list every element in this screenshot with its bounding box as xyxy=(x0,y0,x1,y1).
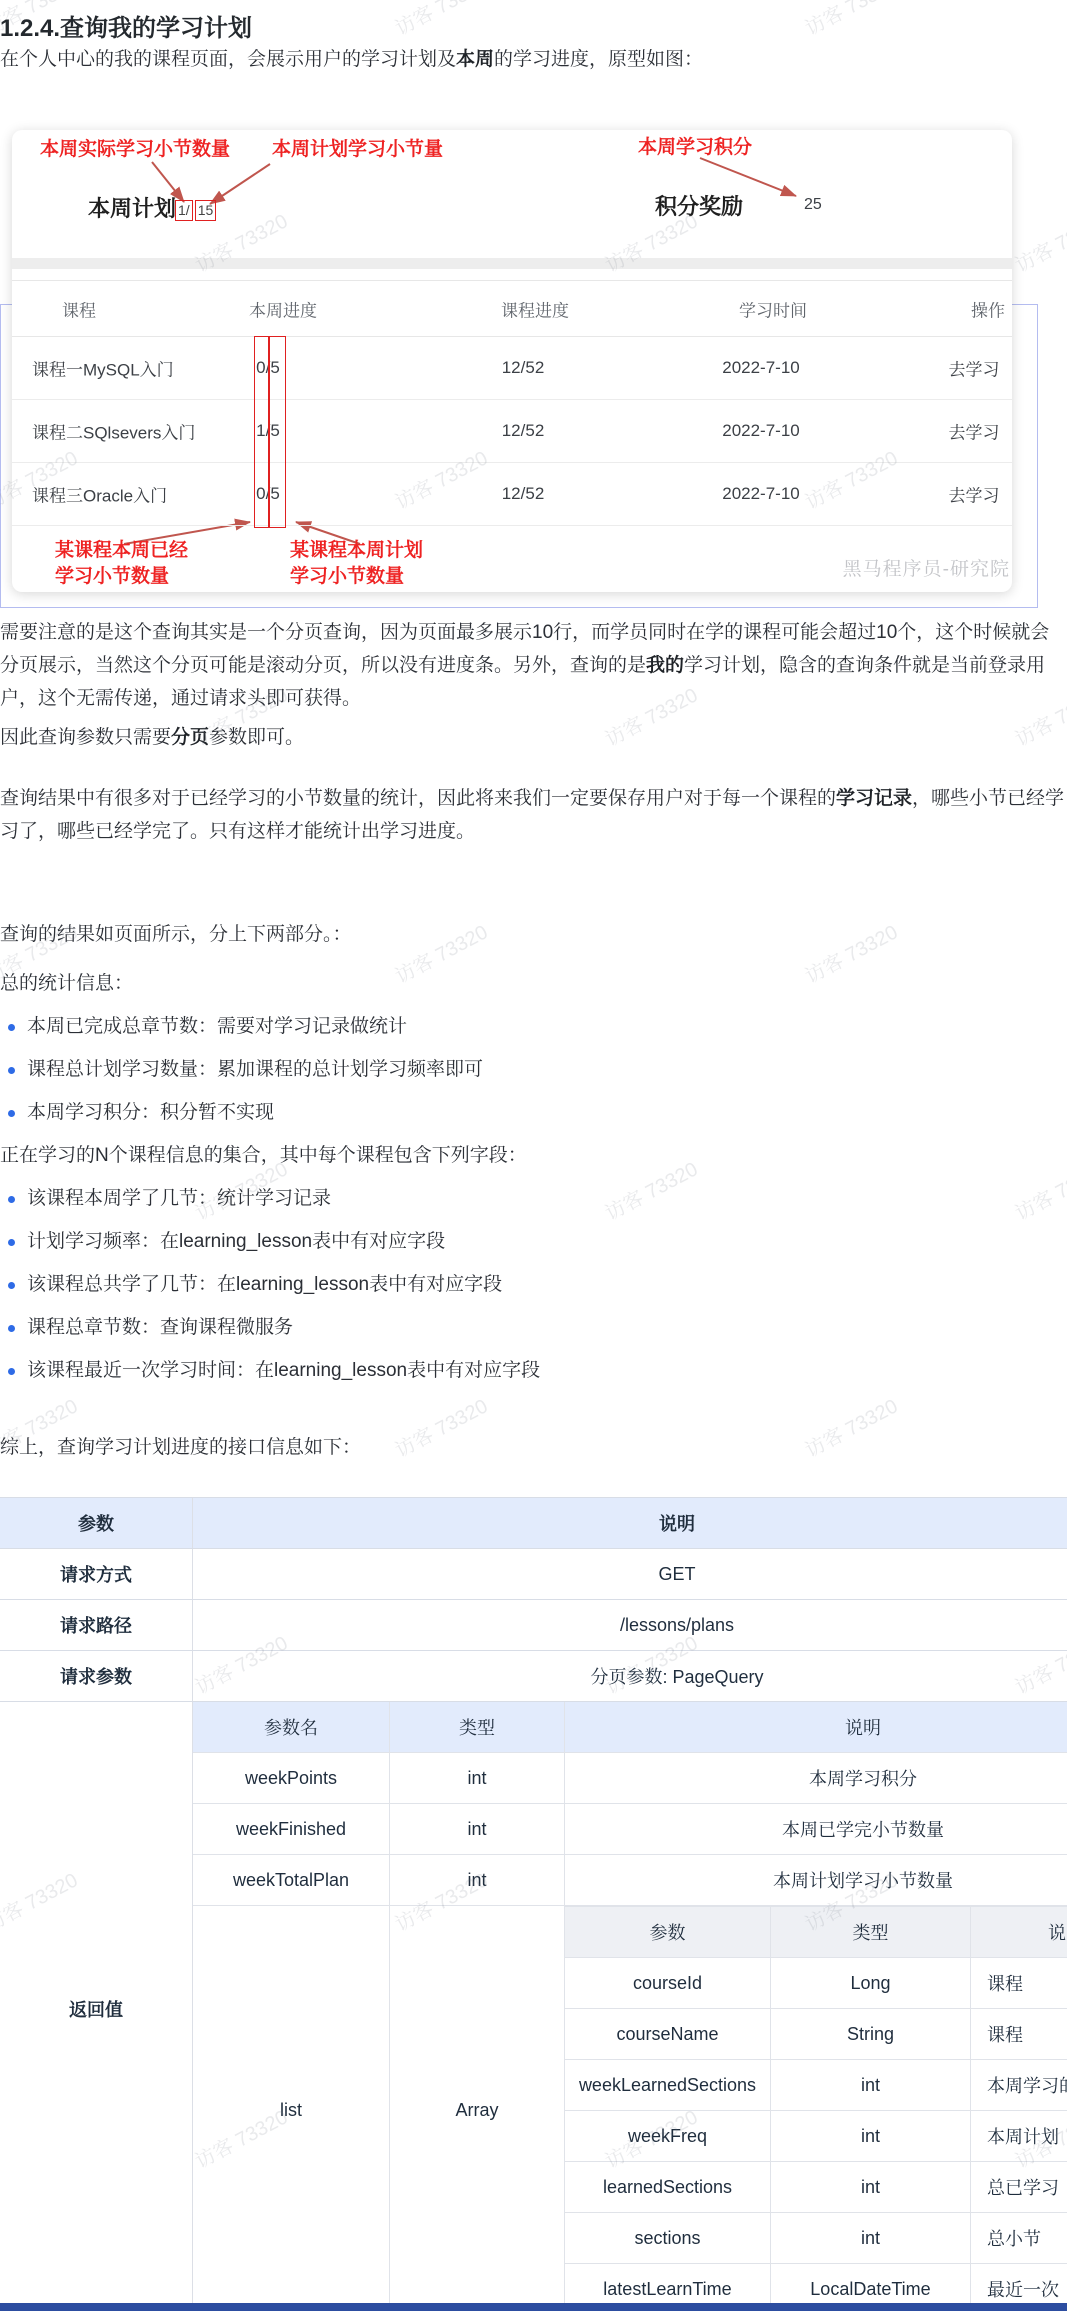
col-param-name: 参数名 xyxy=(193,1702,390,1752)
col-learn-time: 学习时间 xyxy=(739,296,807,321)
field-desc: 本周计划 xyxy=(971,2111,1067,2161)
param-type: int xyxy=(390,1753,565,1803)
courses-intro-paragraph: 正在学习的N个课程信息的集合，其中每个课程包含下列字段： xyxy=(0,1139,1067,1172)
course-table-header: 课程 本周进度 课程进度 学习时间 操作 xyxy=(12,280,1012,337)
list-item: 本周已完成总章节数：需要对学习记录做统计 xyxy=(0,1010,1067,1043)
field-name: courseId xyxy=(565,1958,771,2008)
course-progress-value: 12/52 xyxy=(502,484,545,504)
list-item: 该课程最近一次学习时间：在learning_lesson表中有对应字段 xyxy=(0,1354,1067,1387)
list-field-row: courseName String 课程 xyxy=(565,2009,1067,2060)
intro-text-post: 的学习进度，原型如图： xyxy=(494,49,703,70)
points-reward-label: 积分奖励 xyxy=(655,190,743,221)
course-fields-list: 该课程本周学了几节：统计学习记录 计划学习频率：在learning_lesson… xyxy=(0,1182,1067,1387)
highlight-box-planned xyxy=(269,336,286,528)
param-desc: 本周已学完小节数量 xyxy=(565,1804,1067,1854)
param-type: Array xyxy=(390,1906,565,2311)
bottom-blue-bar xyxy=(0,2303,1067,2311)
return-row: weekFinished int 本周已学完小节数量 xyxy=(193,1804,1067,1855)
stats-title: 总的统计信息： xyxy=(0,967,1067,1000)
prototype-image: 本周实际学习小节数量 本周计划学习小节量 本周学习积分 本周计划 1/15 积分… xyxy=(0,94,1067,616)
field-desc: 本周学习的 xyxy=(971,2060,1067,2110)
col-type: 类型 xyxy=(771,1907,971,1957)
learn-time-value: 2022-7-10 xyxy=(722,421,800,441)
document-page: 访客 73320访客 73320访客 73320访客 73320访客 73320… xyxy=(0,0,1067,2311)
col-param: 参数 xyxy=(565,1907,771,1957)
list-field-row: weekFreq int 本周计划 xyxy=(565,2111,1067,2162)
field-type: int xyxy=(771,2060,971,2110)
learn-time-value: 2022-7-10 xyxy=(722,358,800,378)
field-type: int xyxy=(771,2111,971,2161)
points-reward-value: 25 xyxy=(804,196,822,214)
annotation-course-week-learned: 某课程本周已经 学习小节数量 xyxy=(55,538,188,590)
table-row: 课程二SQlsevers入门 1/5 12/52 2022-7-10 去学习 xyxy=(12,400,1012,463)
col-week-progress: 本周进度 xyxy=(249,296,317,321)
param-desc: 本周计划学习小节数量 xyxy=(565,1855,1067,1905)
course-plan-table: 课程 本周进度 课程进度 学习时间 操作 课程一MySQL入门 0/5 12/5… xyxy=(12,280,1012,526)
api-table: 参数 说明 请求方式 GET 请求路径 /lessons/plans 请求参数 … xyxy=(0,1497,1067,2311)
list-item-header: 参数 类型 说明 xyxy=(565,1906,1067,1958)
course-progress-value: 12/52 xyxy=(502,358,545,378)
page-param-bold: 分页 xyxy=(171,727,209,748)
field-type: Long xyxy=(771,1958,971,2008)
param-name: weekFinished xyxy=(193,1804,390,1854)
api-row-method: 请求方式 GET xyxy=(0,1549,1067,1600)
list-item: 计划学习频率：在learning_lesson表中有对应字段 xyxy=(0,1225,1067,1258)
week-total-plan-count: 15 xyxy=(195,200,217,221)
param-name: weekTotalPlan xyxy=(193,1855,390,1905)
param-desc: 本周学习积分 xyxy=(565,1753,1067,1803)
brand-watermark: 黑马程序员-研究院 xyxy=(843,554,1010,581)
intro-paragraph: 在个人中心的我的课程页面，会展示用户的学习计划及本周的学习进度，原型如图： xyxy=(0,43,1067,76)
row-value: 分页参数: PageQuery xyxy=(193,1651,1067,1701)
course-name: 课程三Oracle入门 xyxy=(32,482,167,507)
api-row-path: 请求路径 /lessons/plans xyxy=(0,1600,1067,1651)
table-row: 课程一MySQL入门 0/5 12/52 2022-7-10 去学习 xyxy=(12,337,1012,400)
api-row-params: 请求参数 分页参数: PageQuery xyxy=(0,1651,1067,1702)
api-col-param: 参数 xyxy=(0,1498,193,1548)
field-type: int xyxy=(771,2213,971,2263)
row-label: 请求方式 xyxy=(0,1549,193,1599)
api-col-desc: 说明 xyxy=(193,1498,1067,1548)
row-value: GET xyxy=(193,1549,1067,1599)
record-text: 查询结果中有很多对于已经学习的小节数量的统计，因此将来我们一定要保存用户对于每一… xyxy=(0,788,836,809)
page-param-text-post: 参数即可。 xyxy=(209,727,304,748)
api-header-row: 参数 说明 xyxy=(0,1498,1067,1549)
annotation-week-planned-sections: 本周计划学习小节量 xyxy=(272,134,443,161)
param-name: weekPoints xyxy=(193,1753,390,1803)
field-desc: 课程 xyxy=(971,1958,1067,2008)
list-field-row: sections int 总小节 xyxy=(565,2213,1067,2264)
intro-bold: 本周 xyxy=(456,49,494,70)
annotation-line: 某课程本周计划 xyxy=(290,538,423,564)
field-name: weekFreq xyxy=(565,2111,771,2161)
course-name: 课程一MySQL入门 xyxy=(32,356,174,381)
course-progress-value: 12/52 xyxy=(502,421,545,441)
field-type: int xyxy=(771,2162,971,2212)
return-row: weekTotalPlan int 本周计划学习小节数量 xyxy=(193,1855,1067,1906)
param-name: list xyxy=(193,1906,390,2311)
row-label: 请求参数 xyxy=(0,1651,193,1701)
annotation-course-week-planned: 某课程本周计划 学习小节数量 xyxy=(290,538,423,590)
my-courses-card: 本周实际学习小节数量 本周计划学习小节量 本周学习积分 本周计划 1/15 积分… xyxy=(12,130,1012,592)
week-finished-count: 1/ xyxy=(175,200,193,221)
field-name: weekLearnedSections xyxy=(565,2060,771,2110)
col-course: 课程 xyxy=(62,296,96,321)
return-table: 参数名 类型 说明 weekPoints int 本周学习积分 weekFini… xyxy=(193,1702,1067,2311)
param-type: int xyxy=(390,1804,565,1854)
go-study-link[interactable]: 去学习 xyxy=(949,419,1000,444)
annotation-line: 学习小节数量 xyxy=(55,564,188,590)
annotation-line: 某课程本周已经 xyxy=(55,538,188,564)
list-item: 课程总章节数：查询课程微服务 xyxy=(0,1311,1067,1344)
return-table-header: 参数名 类型 说明 xyxy=(193,1702,1067,1753)
note-bold: 我的 xyxy=(646,655,684,676)
api-table-wrapper: 参数 说明 请求方式 GET 请求路径 /lessons/plans 请求参数 … xyxy=(0,1497,1067,2311)
col-action: 操作 xyxy=(971,296,1005,321)
course-name: 课程二SQlsevers入门 xyxy=(32,419,195,444)
list-field-row: courseId Long 课程 xyxy=(565,1958,1067,2009)
week-plan-value: 1/15 xyxy=(175,200,216,221)
field-type: String xyxy=(771,2009,971,2059)
api-row-return: 返回值 参数名 类型 说明 weekPoints int 本周学习积分 xyxy=(0,1702,1067,2311)
return-value-cell: 参数名 类型 说明 weekPoints int 本周学习积分 weekFini… xyxy=(193,1702,1067,2311)
page-title: 1.2.4.查询我的学习计划 xyxy=(0,8,1067,43)
go-study-link[interactable]: 去学习 xyxy=(949,482,1000,507)
table-row: 课程三Oracle入门 0/5 12/52 2022-7-10 去学习 xyxy=(12,463,1012,526)
annotation-week-points: 本周学习积分 xyxy=(638,132,752,159)
param-type: int xyxy=(390,1855,565,1905)
week-plan-label: 本周计划 xyxy=(88,192,176,223)
note-paragraph: 需要注意的是这个查询其实是一个分页查询，因为页面最多展示10行，而学员同时在学的… xyxy=(0,616,1067,715)
record-bold: 学习记录 xyxy=(836,788,912,809)
annotation-week-actual-sections: 本周实际学习小节数量 xyxy=(40,134,230,161)
summary-paragraph: 综上，查询学习计划进度的接口信息如下： xyxy=(0,1431,1067,1464)
list-items-cell: 参数 类型 说明 courseId Long 课程 xyxy=(565,1906,1067,2311)
row-label: 返回值 xyxy=(0,1702,193,2311)
annotation-line: 学习小节数量 xyxy=(290,564,423,590)
divider-band xyxy=(12,258,1012,269)
result-intro-paragraph: 查询的结果如页面所示，分上下两部分。： xyxy=(0,918,1067,951)
field-desc: 课程 xyxy=(971,2009,1067,2059)
field-name: sections xyxy=(565,2213,771,2263)
return-row-list: list Array 参数 类型 说明 xyxy=(193,1906,1067,2311)
stats-list: 本周已完成总章节数：需要对学习记录做统计 课程总计划学习数量：累加课程的总计划学… xyxy=(0,1010,1067,1129)
intro-text: 在个人中心的我的课程页面，会展示用户的学习计划及 xyxy=(0,49,456,70)
col-desc: 说明 xyxy=(971,1907,1067,1957)
go-study-link[interactable]: 去学习 xyxy=(949,356,1000,381)
field-desc: 总已学习 xyxy=(971,2162,1067,2212)
field-desc: 总小节 xyxy=(971,2213,1067,2263)
list-field-row: weekLearnedSections int 本周学习的 xyxy=(565,2060,1067,2111)
col-course-progress: 课程进度 xyxy=(501,296,569,321)
row-value: /lessons/plans xyxy=(193,1600,1067,1650)
field-name: learnedSections xyxy=(565,2162,771,2212)
field-name: courseName xyxy=(565,2009,771,2059)
list-item-table: 参数 类型 说明 courseId Long 课程 xyxy=(565,1906,1067,2311)
record-paragraph: 查询结果中有很多对于已经学习的小节数量的统计，因此将来我们一定要保存用户对于每一… xyxy=(0,782,1067,848)
list-field-row: learnedSections int 总已学习 xyxy=(565,2162,1067,2213)
page-param-paragraph: 因此查询参数只需要分页参数即可。 xyxy=(0,721,1067,754)
list-item: 课程总计划学习数量：累加课程的总计划学习频率即可 xyxy=(0,1053,1067,1086)
list-item: 本周学习积分：积分暂不实现 xyxy=(0,1096,1067,1129)
highlight-box-learned xyxy=(254,336,269,528)
row-label: 请求路径 xyxy=(0,1600,193,1650)
col-type: 类型 xyxy=(390,1702,565,1752)
learn-time-value: 2022-7-10 xyxy=(722,484,800,504)
page-param-text: 因此查询参数只需要 xyxy=(0,727,171,748)
col-desc: 说明 xyxy=(565,1702,1067,1752)
return-row: weekPoints int 本周学习积分 xyxy=(193,1753,1067,1804)
list-item: 该课程本周学了几节：统计学习记录 xyxy=(0,1182,1067,1215)
list-item: 该课程总共学了几节：在learning_lesson表中有对应字段 xyxy=(0,1268,1067,1301)
